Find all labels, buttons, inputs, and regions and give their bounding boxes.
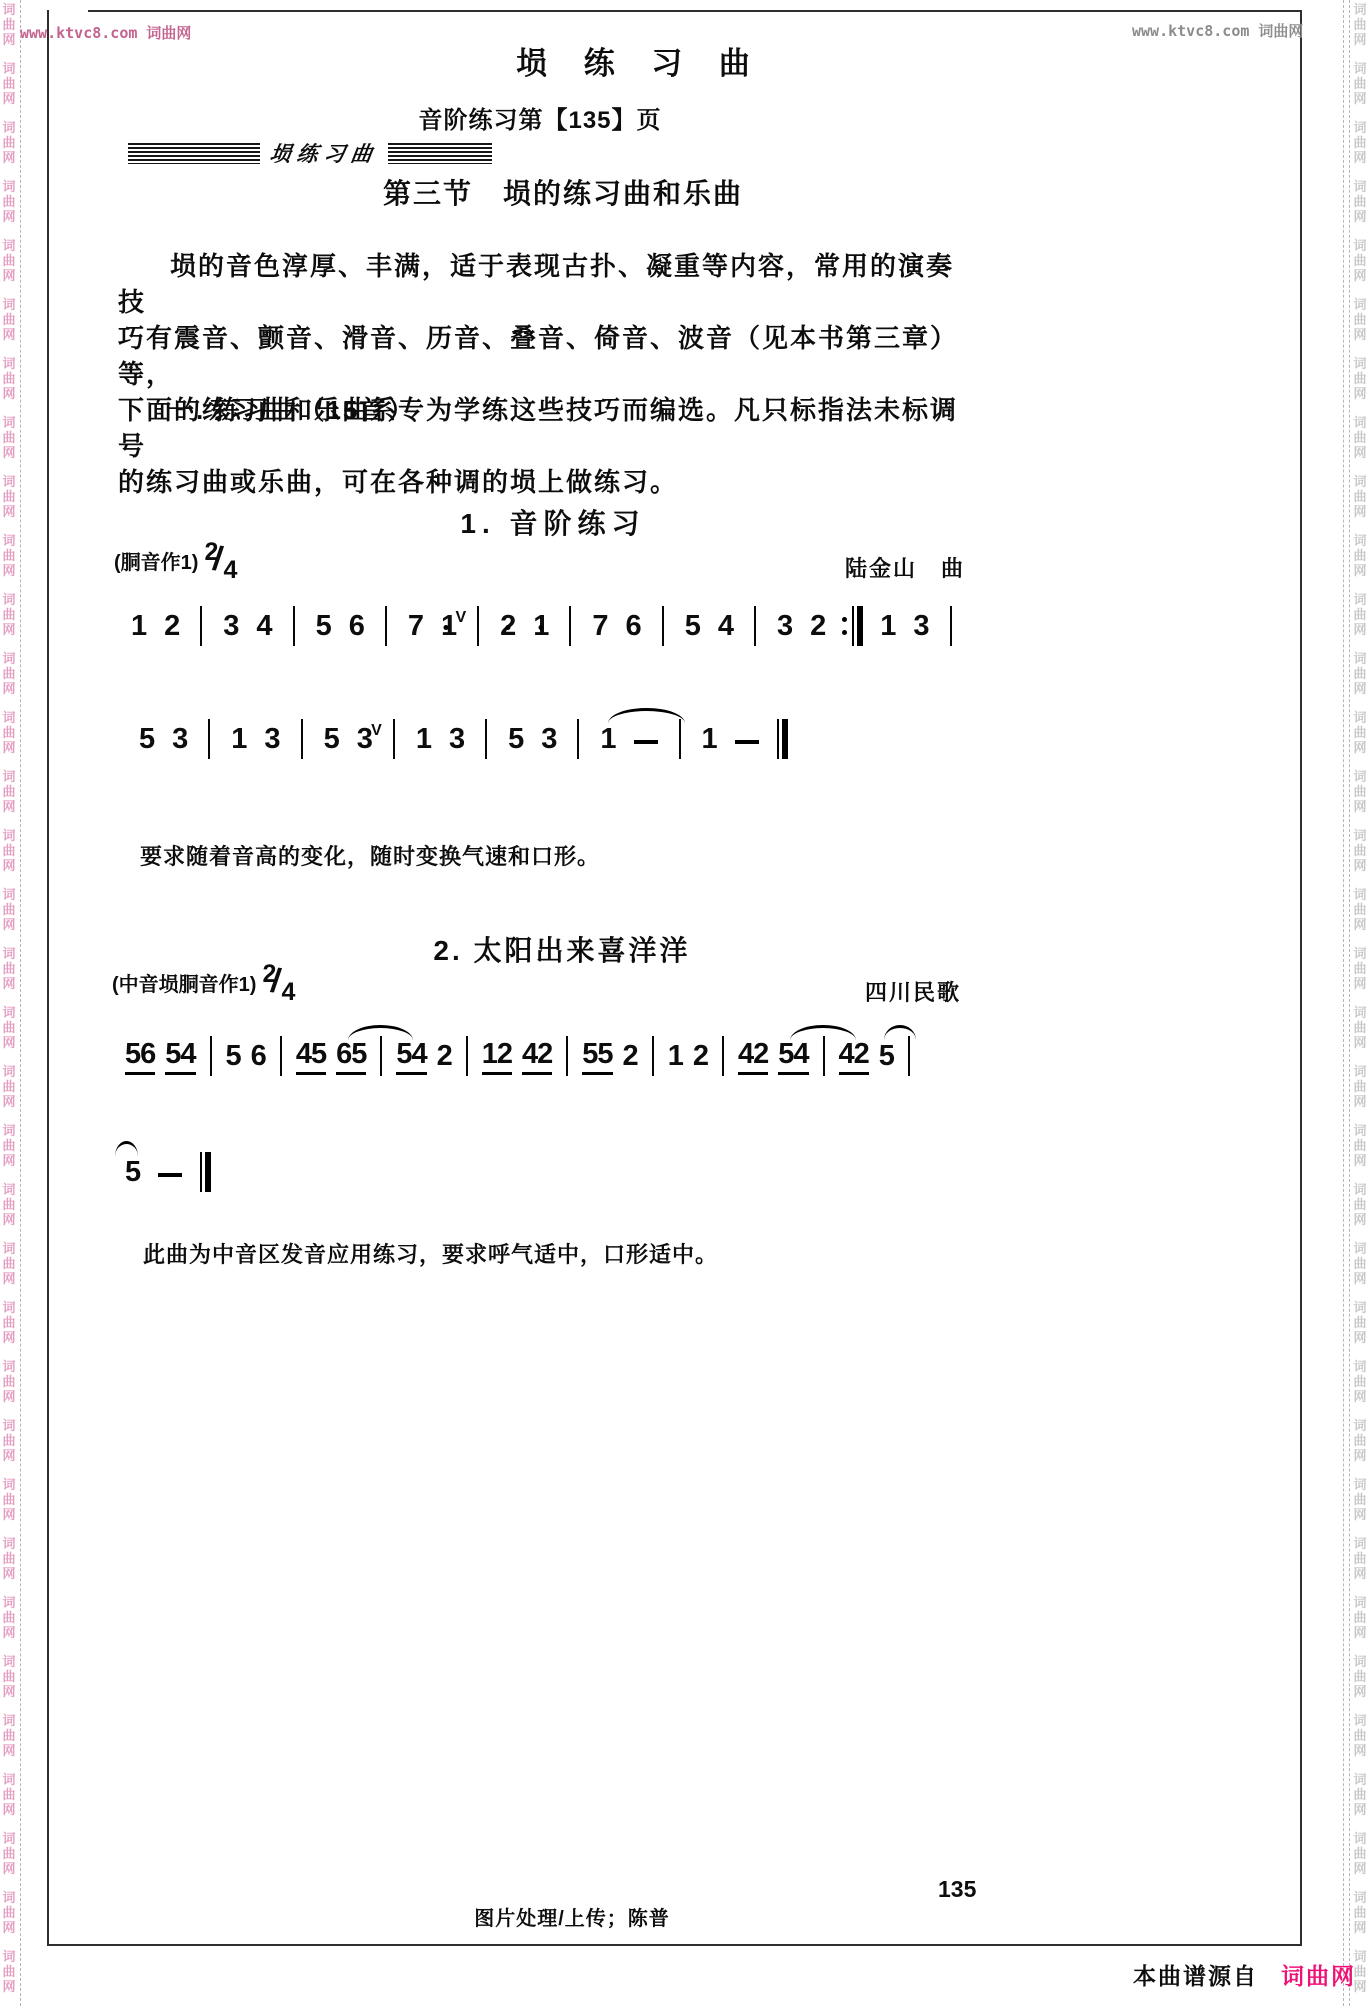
watermark-char: 网 bbox=[1, 1094, 17, 1109]
barline bbox=[385, 606, 387, 646]
watermark-char: 曲 bbox=[1352, 902, 1368, 917]
watermark-char: 曲 bbox=[1, 1374, 17, 1389]
watermark-char: 曲 bbox=[1, 666, 17, 681]
watermark-char: 网 bbox=[1, 622, 17, 637]
thin-bar bbox=[200, 1152, 202, 1192]
watermark-char-group: 词曲网 bbox=[1352, 179, 1368, 224]
watermark-char-group: 词曲网 bbox=[1352, 533, 1368, 578]
watermark-char-group: 词曲网 bbox=[1, 1182, 17, 1227]
watermark-char: 曲 bbox=[1352, 1728, 1368, 1743]
watermark-char: 网 bbox=[1, 1802, 17, 1817]
paragraph-line: 的练习曲或乐曲，可在各种调的埙上做练习。 bbox=[118, 464, 970, 500]
duration-dash bbox=[158, 1173, 182, 1177]
watermark-char-group: 词曲网 bbox=[1352, 946, 1368, 991]
barline bbox=[662, 606, 664, 646]
note: 5 bbox=[139, 725, 154, 759]
right-watermark-column: 词曲网词曲网词曲网词曲网词曲网词曲网词曲网词曲网词曲网词曲网词曲网词曲网词曲网词… bbox=[1352, 2, 1368, 2006]
watermark-char: 词 bbox=[1352, 1359, 1368, 1374]
thick-bar bbox=[857, 606, 863, 646]
watermark-char: 曲 bbox=[1, 1964, 17, 1979]
watermark-char: 网 bbox=[1352, 150, 1368, 165]
watermark-char: 曲 bbox=[1352, 312, 1368, 327]
watermark-char: 词 bbox=[1352, 887, 1368, 902]
watermark-char: 曲 bbox=[1352, 1787, 1368, 1802]
watermark-char: 曲 bbox=[1352, 1905, 1368, 1920]
barline bbox=[950, 606, 952, 646]
watermark-char-group: 词曲网 bbox=[1352, 238, 1368, 283]
watermark-char: 网 bbox=[1, 681, 17, 696]
watermark-char-group: 词曲网 bbox=[1, 1241, 17, 1286]
watermark-char: 网 bbox=[1352, 563, 1368, 578]
note: 6 bbox=[349, 612, 364, 646]
right-dashed-guide-1 bbox=[1343, 0, 1344, 2006]
watermark-char: 曲 bbox=[1, 1787, 17, 1802]
watermark-char-group: 词曲网 bbox=[1352, 1831, 1368, 1876]
upload-credit: 图片处理/上传；陈普 bbox=[0, 1902, 1144, 1931]
watermark-char: 词 bbox=[1, 1418, 17, 1433]
barline bbox=[208, 719, 210, 759]
watermark-char-group: 词曲网 bbox=[1, 828, 17, 873]
watermark-char: 网 bbox=[1352, 1625, 1368, 1640]
watermark-char-group: 词曲网 bbox=[1352, 1536, 1368, 1581]
watermark-char: 网 bbox=[1, 1743, 17, 1758]
barline bbox=[293, 606, 295, 646]
intro-paragraph: 埙的音色淳厚、丰满，适于表现古扑、凝重等内容，常用的演奏技 巧有震音、颤音、滑音… bbox=[118, 248, 970, 500]
note: 5 bbox=[685, 612, 700, 646]
watermark-char: 网 bbox=[1, 1035, 17, 1050]
thin-bar bbox=[852, 606, 854, 646]
note: 42 bbox=[738, 1040, 768, 1076]
watermark-char: 网 bbox=[1, 1625, 17, 1640]
watermark-char: 网 bbox=[1352, 799, 1368, 814]
watermark-char: 网 bbox=[1, 858, 17, 873]
watermark-char-group: 词曲网 bbox=[1352, 1064, 1368, 1109]
page-frame-bottom-rule bbox=[47, 1944, 1302, 1946]
watermark-char: 网 bbox=[1352, 917, 1368, 932]
watermark-char: 曲 bbox=[1352, 1610, 1368, 1625]
note-digits: 5 bbox=[685, 612, 700, 646]
watermark-char: 词 bbox=[1, 887, 17, 902]
tie-arc bbox=[348, 1025, 413, 1042]
watermark-char: 曲 bbox=[1352, 1138, 1368, 1153]
watermark-char: 曲 bbox=[1352, 253, 1368, 268]
watermark-char: 网 bbox=[1, 1330, 17, 1345]
note-digits: 6 bbox=[626, 612, 641, 646]
note-digits: 4 bbox=[256, 612, 271, 646]
watermark-char: 曲 bbox=[1352, 607, 1368, 622]
note-digits: 42 bbox=[738, 1040, 768, 1075]
watermark-char: 词 bbox=[1352, 61, 1368, 76]
watermark-char: 曲 bbox=[1, 1610, 17, 1625]
watermark-char: 网 bbox=[1352, 1448, 1368, 1463]
watermark-char-group: 词曲网 bbox=[1352, 120, 1368, 165]
watermark-char: 词 bbox=[1, 1949, 17, 1964]
watermark-char: 网 bbox=[1352, 1389, 1368, 1404]
watermark-char-group: 词曲网 bbox=[1, 1477, 17, 1522]
watermark-char: 词 bbox=[1, 651, 17, 666]
note: 4 bbox=[718, 612, 733, 646]
watermark-char: 网 bbox=[1, 1507, 17, 1522]
watermark-char: 词 bbox=[1352, 769, 1368, 784]
watermark-char: 词 bbox=[1352, 1241, 1368, 1256]
watermark-char-group: 词曲网 bbox=[1352, 1654, 1368, 1699]
watermark-char: 词 bbox=[1352, 651, 1368, 666]
watermark-char-group: 词曲网 bbox=[1352, 1241, 1368, 1286]
note: 3V bbox=[357, 725, 372, 759]
note-digits: 1 bbox=[131, 612, 146, 646]
watermark-char-group: 词曲网 bbox=[1352, 887, 1368, 932]
note-digits: 1 bbox=[600, 725, 615, 759]
note: 54 bbox=[165, 1040, 195, 1076]
watermark-char-group: 词曲网 bbox=[1352, 1890, 1368, 1935]
note-digits: 1 bbox=[702, 725, 717, 759]
watermark-char: 网 bbox=[1, 1979, 17, 1994]
barline bbox=[566, 1036, 568, 1076]
watermark-char-group: 词曲网 bbox=[1352, 415, 1368, 460]
watermark-char: 网 bbox=[1352, 504, 1368, 519]
watermark-char-group: 词曲网 bbox=[1352, 1595, 1368, 1640]
barline bbox=[466, 1036, 468, 1076]
watermark-char: 曲 bbox=[1352, 1256, 1368, 1271]
page-frame-top-rule bbox=[88, 10, 1301, 12]
watermark-char-group: 词曲网 bbox=[1, 1005, 17, 1050]
end-repeat-bar bbox=[842, 606, 863, 646]
note: 6 bbox=[626, 612, 641, 646]
note-digits: 54 bbox=[778, 1040, 808, 1075]
watermark-char: 曲 bbox=[1, 371, 17, 386]
note-digits: 2 bbox=[437, 1042, 452, 1076]
watermark-char: 词 bbox=[1352, 1595, 1368, 1610]
section-heading: 第三节 埙的练习曲和乐曲 bbox=[0, 172, 1126, 212]
watermark-char: 网 bbox=[1352, 1507, 1368, 1522]
note: 3 bbox=[172, 725, 187, 759]
watermark-char-group: 词曲网 bbox=[1, 887, 17, 932]
watermark-char: 曲 bbox=[1352, 76, 1368, 91]
watermark-char: 网 bbox=[1352, 1566, 1368, 1581]
watermark-char: 曲 bbox=[1352, 1315, 1368, 1330]
watermark-char-group: 词曲网 bbox=[1, 769, 17, 814]
watermark-char: 曲 bbox=[1352, 135, 1368, 150]
watermark-char: 词 bbox=[1, 710, 17, 725]
final-bar bbox=[777, 719, 788, 759]
watermark-char: 词 bbox=[1352, 1123, 1368, 1138]
barline bbox=[485, 719, 487, 759]
note-digits: 12 bbox=[482, 1040, 512, 1075]
music-line-2: 531353V135311 bbox=[130, 695, 797, 759]
note: 2 bbox=[623, 1042, 638, 1076]
watermark-char-group: 词曲网 bbox=[1, 1595, 17, 1640]
watermark-char: 网 bbox=[1352, 622, 1368, 637]
left-dashed-guide bbox=[20, 0, 21, 2006]
piece2-title: 2. 太阳出来喜洋洋 bbox=[0, 929, 1124, 969]
watermark-char: 曲 bbox=[1352, 961, 1368, 976]
watermark-char: 词 bbox=[1352, 474, 1368, 489]
note: 3 bbox=[264, 725, 279, 759]
watermark-char: 网 bbox=[1352, 91, 1368, 106]
watermark-char: 曲 bbox=[1, 17, 17, 32]
note: 6 bbox=[251, 1042, 266, 1076]
note: 1 bbox=[533, 612, 548, 646]
watermark-char: 网 bbox=[1, 1153, 17, 1168]
watermark-char: 曲 bbox=[1352, 489, 1368, 504]
note: 42 bbox=[839, 1040, 869, 1076]
watermark-char: 曲 bbox=[1352, 1492, 1368, 1507]
watermark-char-group: 词曲网 bbox=[1352, 356, 1368, 401]
piece1-title: 1. 音阶练习 bbox=[0, 502, 1106, 542]
music-line-4: 5 bbox=[116, 1128, 220, 1192]
note-digits: 7 bbox=[592, 612, 607, 646]
watermark-char: 曲 bbox=[1, 312, 17, 327]
watermark-char-group: 词曲网 bbox=[1352, 710, 1368, 755]
watermark-char: 词 bbox=[1352, 2, 1368, 17]
watermark-char: 词 bbox=[1, 1359, 17, 1374]
watermark-char: 曲 bbox=[1352, 1846, 1368, 1861]
note-digits: 3 bbox=[357, 725, 372, 759]
watermark-char: 网 bbox=[1, 1212, 17, 1227]
watermark-char: 网 bbox=[1, 268, 17, 283]
watermark-char: 网 bbox=[1352, 327, 1368, 342]
watermark-char: 词 bbox=[1352, 828, 1368, 843]
watermark-char: 词 bbox=[1, 1831, 17, 1846]
note-digits: 3 bbox=[777, 612, 792, 646]
watermark-char: 词 bbox=[1352, 1064, 1368, 1079]
watermark-char-group: 词曲网 bbox=[1, 1949, 17, 1994]
watermark-char: 词 bbox=[1, 415, 17, 430]
music-line-1: 12345671V2176543213 bbox=[122, 582, 964, 646]
barline bbox=[280, 1036, 282, 1076]
tie-arc bbox=[115, 1141, 138, 1158]
page-title: 埙 练 习 曲 bbox=[0, 38, 1280, 83]
piece1-key-and-time: (胴音作1) 2 / 4 bbox=[114, 546, 244, 584]
tie-arc bbox=[608, 708, 685, 725]
watermark-char-group: 词曲网 bbox=[1, 238, 17, 283]
note-digits: 45 bbox=[296, 1040, 326, 1075]
watermark-char: 网 bbox=[1, 1389, 17, 1404]
watermark-char: 网 bbox=[1352, 1212, 1368, 1227]
note-digits: 3 bbox=[264, 725, 279, 759]
barline bbox=[301, 719, 303, 759]
piece1-composer: 陆金山 曲 bbox=[845, 552, 965, 583]
watermark-char: 曲 bbox=[1, 1728, 17, 1743]
note-digits: 2 bbox=[810, 612, 825, 646]
watermark-char: 曲 bbox=[1, 1846, 17, 1861]
watermark-char-group: 词曲网 bbox=[1, 1536, 17, 1581]
watermark-char: 词 bbox=[1, 592, 17, 607]
piece2-key-note: (中音埙胴音作1) bbox=[112, 968, 256, 997]
watermark-char: 网 bbox=[1352, 268, 1368, 283]
note-digits: 1 bbox=[231, 725, 246, 759]
note: 2 bbox=[500, 612, 515, 646]
watermark-char: 曲 bbox=[1, 1256, 17, 1271]
watermark-char: 曲 bbox=[1352, 784, 1368, 799]
watermark-char: 网 bbox=[1352, 1330, 1368, 1345]
watermark-char: 网 bbox=[1, 740, 17, 755]
watermark-char: 曲 bbox=[1352, 1020, 1368, 1035]
watermark-char: 网 bbox=[1352, 1271, 1368, 1286]
watermark-char-group: 词曲网 bbox=[1352, 1713, 1368, 1758]
watermark-char: 词 bbox=[1352, 1890, 1368, 1905]
watermark-char-group: 词曲网 bbox=[1352, 1300, 1368, 1345]
watermark-char-group: 词曲网 bbox=[1352, 769, 1368, 814]
note: 1 bbox=[416, 725, 431, 759]
watermark-char: 曲 bbox=[1, 725, 17, 740]
note-digits: 3 bbox=[913, 612, 928, 646]
note: 1V bbox=[441, 612, 456, 646]
watermark-char: 词 bbox=[1352, 1772, 1368, 1787]
piece2-key-and-time: (中音埙胴音作1) 2 / 4 bbox=[112, 968, 302, 1006]
music-line-3: 56545645655421242552124254425 bbox=[120, 1012, 919, 1076]
watermark-char: 词 bbox=[1, 356, 17, 371]
watermark-char: 网 bbox=[1352, 1861, 1368, 1876]
watermark-char: 曲 bbox=[1, 784, 17, 799]
header-stamp: 埙练习曲 bbox=[128, 138, 492, 168]
note: 5 bbox=[125, 1158, 140, 1192]
note: 4 bbox=[256, 612, 271, 646]
watermark-char-group: 词曲网 bbox=[1352, 297, 1368, 342]
watermark-char: 曲 bbox=[1352, 1433, 1368, 1448]
note-digits: 54 bbox=[396, 1040, 426, 1075]
watermark-char: 词 bbox=[1352, 1300, 1368, 1315]
watermark-char-group: 词曲网 bbox=[1352, 828, 1368, 873]
watermark-char: 网 bbox=[1, 976, 17, 991]
watermark-char: 曲 bbox=[1352, 548, 1368, 563]
watermark-char: 网 bbox=[1352, 1094, 1368, 1109]
watermark-char: 网 bbox=[1, 799, 17, 814]
note: 3 bbox=[913, 612, 928, 646]
note: 5 bbox=[226, 1042, 241, 1076]
watermark-char: 曲 bbox=[1352, 1669, 1368, 1684]
watermark-char: 曲 bbox=[1, 843, 17, 858]
watermark-char: 曲 bbox=[1352, 430, 1368, 445]
watermark-char: 词 bbox=[1352, 1182, 1368, 1197]
duration-dash bbox=[735, 740, 759, 744]
note: 2 bbox=[693, 1042, 708, 1076]
watermark-char: 网 bbox=[1352, 976, 1368, 991]
watermark-char: 曲 bbox=[1352, 1197, 1368, 1212]
note-digits: 56 bbox=[125, 1040, 155, 1075]
watermark-char: 网 bbox=[1352, 1153, 1368, 1168]
barline bbox=[393, 719, 395, 759]
watermark-char: 词 bbox=[1, 1182, 17, 1197]
bottom-site-name: 词曲网 bbox=[1281, 1958, 1356, 1991]
watermark-char: 曲 bbox=[1, 1551, 17, 1566]
watermark-char: 网 bbox=[1, 1566, 17, 1581]
note: 3 bbox=[223, 612, 238, 646]
watermark-char: 词 bbox=[1352, 356, 1368, 371]
note-digits: 2 bbox=[164, 612, 179, 646]
note: 1 bbox=[880, 612, 895, 646]
watermark-char: 词 bbox=[1, 1654, 17, 1669]
watermark-char-group: 词曲网 bbox=[1352, 1359, 1368, 1404]
page-subtitle: 音阶练习第【135】页 bbox=[0, 100, 1080, 135]
duration-dash bbox=[634, 740, 658, 744]
watermark-char: 词 bbox=[1352, 1477, 1368, 1492]
note-digits: 6 bbox=[349, 612, 364, 646]
note: 65 bbox=[336, 1040, 366, 1076]
watermark-char: 词 bbox=[1352, 1418, 1368, 1433]
note-digits: 2 bbox=[623, 1042, 638, 1076]
watermark-char: 词 bbox=[1352, 1654, 1368, 1669]
watermark-char: 词 bbox=[1, 238, 17, 253]
watermark-char: 词 bbox=[1, 1772, 17, 1787]
note: 1 bbox=[231, 725, 246, 759]
breath-mark: V bbox=[371, 723, 382, 739]
watermark-char: 曲 bbox=[1, 902, 17, 917]
note-digits: 3 bbox=[172, 725, 187, 759]
watermark-char: 曲 bbox=[1, 1669, 17, 1684]
note-digits: 65 bbox=[336, 1040, 366, 1075]
breath-mark: V bbox=[455, 610, 466, 626]
note-digits: 5 bbox=[879, 1042, 894, 1076]
watermark-char: 曲 bbox=[1, 1315, 17, 1330]
watermark-char: 曲 bbox=[1352, 725, 1368, 740]
watermark-char: 曲 bbox=[1352, 666, 1368, 681]
watermark-char-group: 词曲网 bbox=[1, 1300, 17, 1345]
watermark-char: 词 bbox=[1, 828, 17, 843]
watermark-char: 网 bbox=[1352, 1684, 1368, 1699]
watermark-char: 词 bbox=[1, 769, 17, 784]
note-digits: 4 bbox=[718, 612, 733, 646]
bottom-source-label: 本曲谱源自 bbox=[1133, 1958, 1258, 1991]
watermark-char-group: 词曲网 bbox=[1352, 1182, 1368, 1227]
right-dashed-guide-2 bbox=[1349, 0, 1350, 2006]
note-digits: 54 bbox=[165, 1040, 195, 1075]
note: 1 bbox=[131, 612, 146, 646]
watermark-char: 词 bbox=[1352, 1005, 1368, 1020]
watermark-char: 词 bbox=[1352, 1713, 1368, 1728]
note-digits: 42 bbox=[839, 1040, 869, 1075]
watermark-char: 词 bbox=[1352, 1831, 1368, 1846]
note: 12 bbox=[482, 1040, 512, 1076]
watermark-char: 网 bbox=[1, 1684, 17, 1699]
watermark-char: 曲 bbox=[1, 1433, 17, 1448]
note-digits: 5 bbox=[324, 725, 339, 759]
watermark-char: 词 bbox=[1352, 533, 1368, 548]
note: 2 bbox=[437, 1042, 452, 1076]
note-digits: 42 bbox=[522, 1040, 552, 1075]
barline bbox=[210, 1036, 212, 1076]
watermark-char: 词 bbox=[1352, 946, 1368, 961]
watermark-char: 词 bbox=[1352, 238, 1368, 253]
watermark-char: 曲 bbox=[1352, 1079, 1368, 1094]
watermark-char: 词 bbox=[1352, 297, 1368, 312]
watermark-char: 词 bbox=[1, 1595, 17, 1610]
watermark-char: 网 bbox=[1, 1861, 17, 1876]
watermark-char: 词 bbox=[1352, 120, 1368, 135]
tie-arc bbox=[884, 1025, 917, 1042]
dash-note bbox=[158, 1173, 182, 1192]
note: 7 bbox=[408, 612, 423, 646]
repeat-dots bbox=[842, 606, 847, 646]
note: 3 bbox=[777, 612, 792, 646]
note-digits: 6 bbox=[251, 1042, 266, 1076]
watermark-char-group: 词曲网 bbox=[1352, 1477, 1368, 1522]
barline bbox=[908, 1036, 910, 1076]
watermark-char: 曲 bbox=[1352, 371, 1368, 386]
watermark-char-group: 词曲网 bbox=[1352, 1005, 1368, 1050]
note-digits: 5 bbox=[139, 725, 154, 759]
watermark-char: 曲 bbox=[1, 253, 17, 268]
final-bar bbox=[200, 1152, 211, 1192]
watermark-char-group: 词曲网 bbox=[1, 1831, 17, 1876]
barline bbox=[380, 1036, 382, 1076]
watermark-char: 曲 bbox=[1, 1020, 17, 1035]
watermark-char: 曲 bbox=[1, 548, 17, 563]
note-digits: 55 bbox=[582, 1040, 612, 1075]
watermark-char: 曲 bbox=[1352, 843, 1368, 858]
watermark-char: 曲 bbox=[1352, 1551, 1368, 1566]
piece1-key-note: (胴音作1) bbox=[114, 546, 198, 575]
